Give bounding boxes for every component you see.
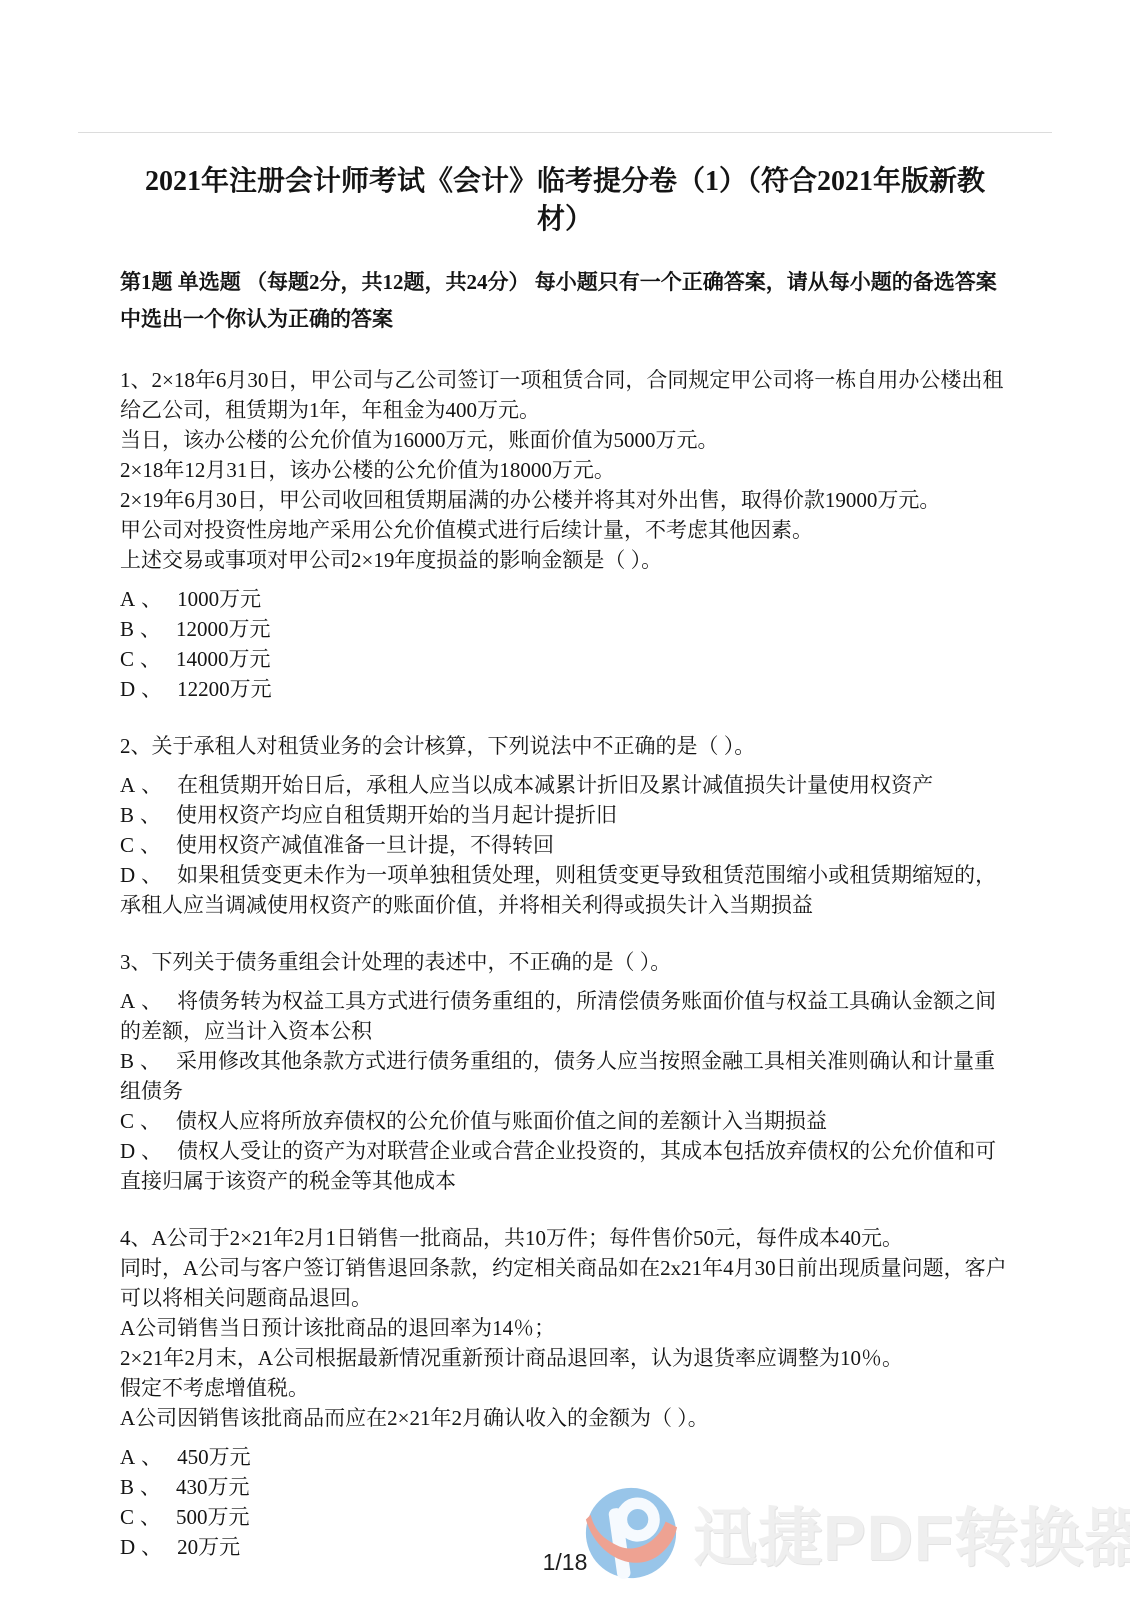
question-2-options: A、在租赁期开始日后，承租人应当以成本减累计折旧及累计减值损失计量使用权资产 B… <box>120 770 1010 920</box>
option-separator: 、 <box>140 617 161 641</box>
option-row-a: A、将债务转为权益工具方式进行债务重组的，所清偿债务账面价值与权益工具确认金额之… <box>120 986 1010 1046</box>
option-letter: C <box>120 1109 134 1133</box>
option-row-a: A、在租赁期开始日后，承租人应当以成本减累计折旧及累计减值损失计量使用权资产 <box>120 770 1010 800</box>
stem-line: 2、关于承租人对租赁业务的会计核算，下列说法中不正确的是（ ）。 <box>120 731 1010 761</box>
stem-line: A公司因销售该批商品而应在2×21年2月确认收入的金额为（ ）。 <box>120 1403 1010 1433</box>
stem-line: A公司销售当日预计该批商品的退回率为14％； <box>120 1313 1010 1343</box>
option-row-d: D、债权人受让的资产为对联营企业或合营企业投资的，其成本包括放弃债权的公允价值和… <box>120 1136 1010 1196</box>
option-text: 将债务转为权益工具方式进行债务重组的，所清偿债务账面价值与权益工具确认金额之间的… <box>120 989 996 1043</box>
section-header: 第1题 单选题 （每题2分，共12题，共24分） 每小题只有一个正确答案，请从每… <box>120 264 1010 338</box>
option-row-c: C、债权人应将所放弃债权的公允价值与账面价值之间的差额计入当期损益 <box>120 1106 1010 1136</box>
option-row-c: C、14000万元 <box>120 644 1010 674</box>
option-row-d: D、如果租赁变更未作为一项单独租赁处理，则租赁变更导致租赁范围缩小或租赁期缩短的… <box>120 860 1010 920</box>
option-text: 500万元 <box>176 1505 250 1529</box>
option-text: 14000万元 <box>176 647 271 671</box>
option-separator: 、 <box>141 1139 162 1163</box>
question-2-stem: 2、关于承租人对租赁业务的会计核算，下列说法中不正确的是（ ）。 <box>120 731 1010 761</box>
option-letter: C <box>120 833 134 857</box>
question-1-options: A、1000万元 B、12000万元 C、14000万元 D、12200万元 <box>120 584 1010 704</box>
page-content: 2021年注册会计师考试《会计》临考提分卷（1）（符合2021年版新教材） 第1… <box>120 163 1010 1562</box>
stem-line: 2×19年6月30日，甲公司收回租赁期届满的办公楼并将其对外出售，取得价款190… <box>120 485 1010 515</box>
stem-line: 上述交易或事项对甲公司2×19年度损益的影响金额是（ ）。 <box>120 545 1010 575</box>
question-3-stem: 3、下列关于债务重组会计处理的表述中，不正确的是（ ）。 <box>120 947 1010 977</box>
page-title: 2021年注册会计师考试《会计》临考提分卷（1）（符合2021年版新教材） <box>120 163 1010 239</box>
option-separator: 、 <box>141 587 162 611</box>
question-4-stem: 4、A公司于2×21年2月1日销售一批商品，共10万件；每件售价50元，每件成本… <box>120 1223 1010 1433</box>
question-4-options: A、450万元 B、430万元 C、500万元 D、20万元 <box>120 1442 1010 1562</box>
option-letter: A <box>120 773 135 797</box>
option-separator: 、 <box>141 989 162 1013</box>
stem-line: 假定不考虑增值税。 <box>120 1373 1010 1403</box>
option-separator: 、 <box>140 1049 161 1073</box>
option-separator: 、 <box>141 677 162 701</box>
option-separator: 、 <box>141 1445 162 1469</box>
option-text: 1000万元 <box>177 587 261 611</box>
option-row-c: C、使用权资产减值准备一旦计提，不得转回 <box>120 830 1010 860</box>
option-letter: B <box>120 617 134 641</box>
stem-line: 2×21年2月末，A公司根据最新情况重新预计商品退回率，认为退货率应调整为10％… <box>120 1343 1010 1373</box>
question-3-options: A、将债务转为权益工具方式进行债务重组的，所清偿债务账面价值与权益工具确认金额之… <box>120 986 1010 1196</box>
question-3: 3、下列关于债务重组会计处理的表述中，不正确的是（ ）。 A、将债务转为权益工具… <box>120 947 1010 1196</box>
option-separator: 、 <box>140 1109 161 1133</box>
option-text: 450万元 <box>177 1445 251 1469</box>
question-4: 4、A公司于2×21年2月1日销售一批商品，共10万件；每件售价50元，每件成本… <box>120 1223 1010 1562</box>
option-row-b: B、430万元 <box>120 1472 1010 1502</box>
option-row-b: B、采用修改其他条款方式进行债务重组的，债务人应当按照金融工具相关准则确认和计量… <box>120 1046 1010 1106</box>
option-text: 12000万元 <box>176 617 271 641</box>
option-letter: D <box>120 677 135 701</box>
option-text: 采用修改其他条款方式进行债务重组的，债务人应当按照金融工具相关准则确认和计量重组… <box>120 1049 995 1103</box>
stem-line: 2×18年12月31日，该办公楼的公允价值为18000万元。 <box>120 455 1010 485</box>
option-letter: A <box>120 1445 135 1469</box>
option-text: 债权人应将所放弃债权的公允价值与账面价值之间的差额计入当期损益 <box>176 1109 827 1133</box>
stem-line: 当日，该办公楼的公允价值为16000万元，账面价值为5000万元。 <box>120 425 1010 455</box>
option-separator: 、 <box>140 1505 161 1529</box>
option-separator: 、 <box>140 647 161 671</box>
question-2: 2、关于承租人对租赁业务的会计核算，下列说法中不正确的是（ ）。 A、在租赁期开… <box>120 731 1010 920</box>
option-row-d: D、12200万元 <box>120 674 1010 704</box>
option-row-c: C、500万元 <box>120 1502 1010 1532</box>
option-letter: A <box>120 989 135 1013</box>
option-letter: A <box>120 587 135 611</box>
stem-line: 甲公司对投资性房地产采用公允价值模式进行后续计量，不考虑其他因素。 <box>120 515 1010 545</box>
stem-line: 4、A公司于2×21年2月1日销售一批商品，共10万件；每件售价50元，每件成本… <box>120 1223 1010 1253</box>
option-text: 使用权资产减值准备一旦计提，不得转回 <box>176 833 554 857</box>
option-text: 债权人受让的资产为对联营企业或合营企业投资的，其成本包括放弃债权的公允价值和可直… <box>120 1139 996 1193</box>
option-separator: 、 <box>140 1475 161 1499</box>
option-separator: 、 <box>141 773 162 797</box>
option-text: 使用权资产均应自租赁期开始的当月起计提折旧 <box>176 803 617 827</box>
document-page: 2021年注册会计师考试《会计》临考提分卷（1）（符合2021年版新教材） 第1… <box>0 0 1130 1600</box>
question-1: 1、2×18年6月30日，甲公司与乙公司签订一项租赁合同，合同规定甲公司将一栋自… <box>120 365 1010 704</box>
option-text: 如果租赁变更未作为一项单独租赁处理，则租赁变更导致租赁范围缩小或租赁期缩短的，承… <box>120 863 996 917</box>
page-number: 1/18 <box>0 1549 1130 1576</box>
option-text: 430万元 <box>176 1475 250 1499</box>
option-letter: B <box>120 1049 134 1073</box>
option-row-a: A、450万元 <box>120 1442 1010 1472</box>
stem-line: 3、下列关于债务重组会计处理的表述中，不正确的是（ ）。 <box>120 947 1010 977</box>
option-letter: C <box>120 1505 134 1529</box>
option-separator: 、 <box>141 863 162 887</box>
option-separator: 、 <box>140 833 161 857</box>
option-text: 在租赁期开始日后，承租人应当以成本减累计折旧及累计减值损失计量使用权资产 <box>177 773 933 797</box>
option-row-a: A、1000万元 <box>120 584 1010 614</box>
option-letter: B <box>120 803 134 827</box>
option-letter: D <box>120 1139 135 1163</box>
option-letter: C <box>120 647 134 671</box>
option-letter: D <box>120 863 135 887</box>
header-rule <box>78 132 1052 133</box>
option-separator: 、 <box>140 803 161 827</box>
option-letter: B <box>120 1475 134 1499</box>
option-row-b: B、12000万元 <box>120 614 1010 644</box>
stem-line: 同时，A公司与客户签订销售退回条款，约定相关商品如在2x21年4月30日前出现质… <box>120 1253 1010 1313</box>
option-text: 12200万元 <box>177 677 272 701</box>
option-row-b: B、使用权资产均应自租赁期开始的当月起计提折旧 <box>120 800 1010 830</box>
question-1-stem: 1、2×18年6月30日，甲公司与乙公司签订一项租赁合同，合同规定甲公司将一栋自… <box>120 365 1010 575</box>
stem-line: 1、2×18年6月30日，甲公司与乙公司签订一项租赁合同，合同规定甲公司将一栋自… <box>120 365 1010 425</box>
